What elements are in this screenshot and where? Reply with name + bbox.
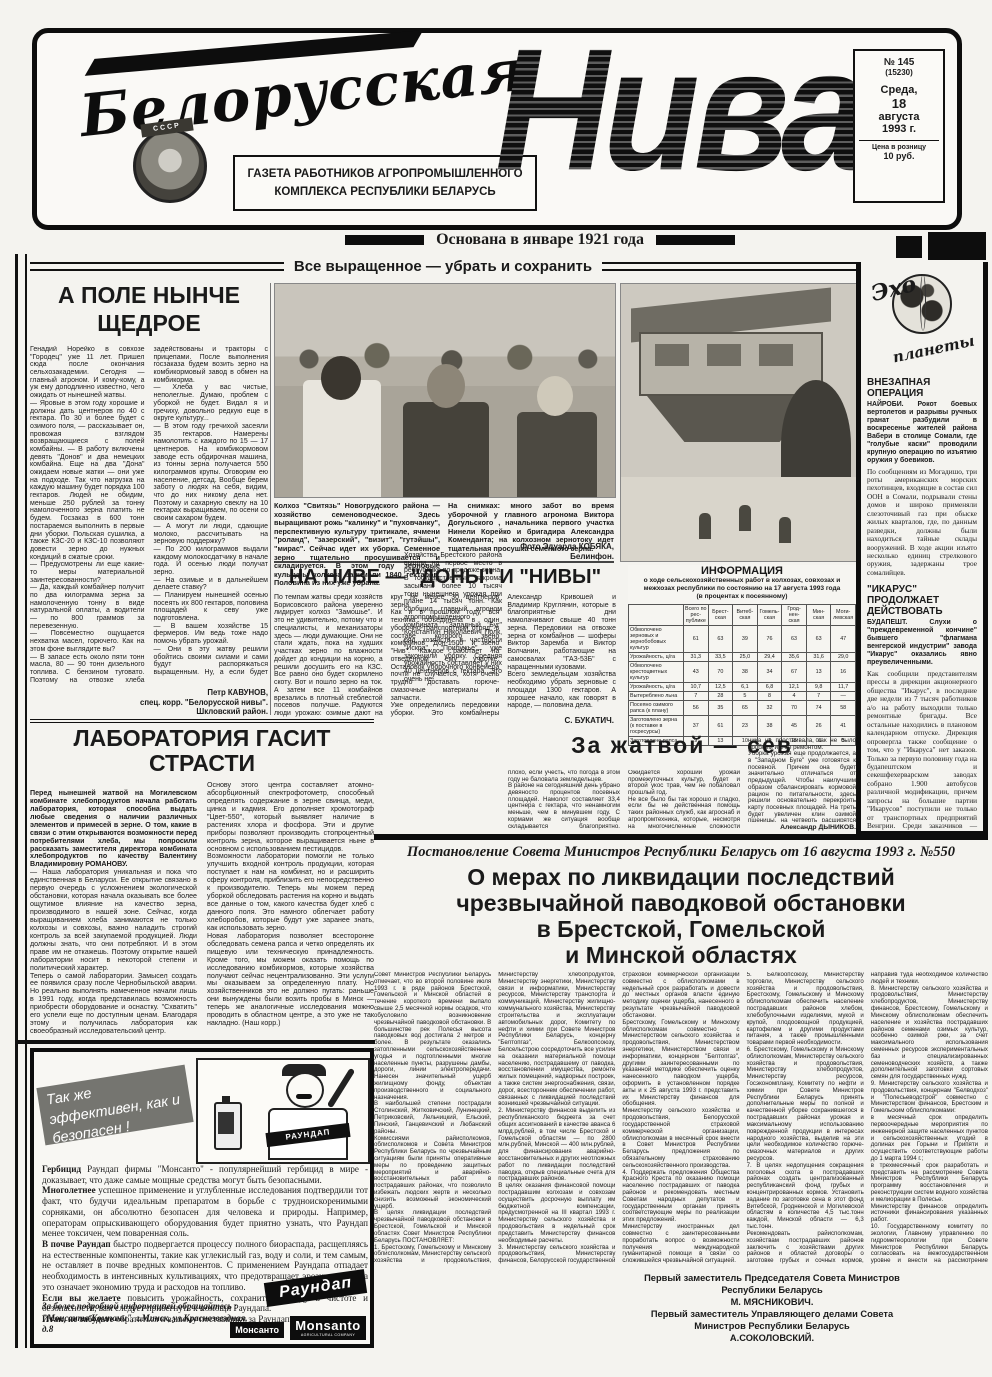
cell: 67	[782, 661, 807, 682]
decree-signature: Первый заместитель Председателя Совета М…	[556, 1272, 988, 1344]
price-value: 10 руб.	[855, 151, 943, 161]
cell: 5	[733, 691, 758, 700]
echo-article1-title: ВНЕЗАПНАЯ ОПЕРАЦИЯ	[867, 377, 977, 399]
table-row: Посеяно озимого рапса (к плану)563565327…	[629, 700, 856, 715]
photo-grain-yard	[620, 283, 858, 562]
cell: 34	[757, 661, 782, 682]
ad-section-rule	[15, 1040, 375, 1044]
founded-text: Основана в январе 1921 года	[430, 231, 650, 249]
monsanto-en-logo: Monsanto AGRICULTURAL COMPANY	[290, 1316, 366, 1340]
table-row: Урожайность, ц/га31,333,525,029,435,631,…	[629, 652, 856, 661]
article-lab-lead: Перед нынешней жатвой на Могилевском ком…	[30, 789, 197, 868]
monsanto-ru-logo: Монсанто	[230, 1322, 284, 1338]
photo-worker	[779, 517, 791, 543]
cell: 29,4	[757, 652, 782, 661]
cell: 12,5	[708, 682, 733, 691]
cell: 43	[684, 661, 709, 682]
cell: 76	[757, 625, 782, 652]
decree-kicker: Постановление Совета Министров Республик…	[374, 844, 988, 861]
echo-logo-word2: планеты	[891, 332, 976, 367]
cell: —	[831, 691, 856, 700]
cell: 65	[733, 700, 758, 715]
cell: 47	[831, 625, 856, 652]
article-niva-author: С. БУКАТИЧ.	[500, 716, 614, 725]
cell: 61	[684, 625, 709, 652]
photo-person-brigadier	[517, 412, 597, 498]
price-label: Цена в розницу	[855, 144, 943, 151]
photo-person-foreman	[403, 402, 489, 498]
article-sev-col23: плохо, если учесть, что погода в этом го…	[508, 770, 740, 836]
issue-number: № 145	[855, 57, 943, 68]
cell: 70	[782, 700, 807, 715]
cell: 25,0	[733, 652, 758, 661]
echo-article1-lead: НАЙРОБИ. Рокот боевых вертолетов и разры…	[867, 401, 977, 465]
issue-total-number: (15230)	[855, 68, 943, 77]
issue-weekday: Среда,	[855, 84, 943, 96]
cell: 10,7	[684, 682, 709, 691]
founded-bar-left	[345, 235, 424, 245]
newspaper-logo-main: Нива	[495, 11, 891, 231]
echo-planety-sidebar: Эхо планеты ВНЕЗАПНАЯ ОПЕРАЦИЯ НАЙРОБИ. …	[856, 262, 988, 838]
ad-paragraph: Гербицид Раундап фирмы "Монсанто" - попу…	[42, 1164, 368, 1185]
masthead-tagline: ГАЗЕТА РАБОТНИКОВ АГРОПРОМЫШЛЕННОГО КОМП…	[233, 155, 537, 211]
issue-day: 18	[855, 96, 943, 111]
cartoon-man-arm	[327, 1068, 355, 1108]
cell: 13	[806, 661, 831, 682]
cell: 6,8	[757, 682, 782, 691]
left-page-rule	[15, 254, 27, 1348]
info-table-grid: Всего по рес- публике Брест- ская Витеб-…	[628, 604, 856, 746]
article-lab-col2: Основу этого центра составляет атомно-аб…	[207, 782, 374, 1027]
cell: 11,7	[831, 682, 856, 691]
monsanto-ad: Так же эффективен, как и безопасен ! РАУ…	[30, 1048, 374, 1348]
article-lab-body: Перед нынешней жатвой на Могилевском ком…	[30, 782, 374, 1038]
tagline-line1: ГАЗЕТА РАБОТНИКОВ АГРОПРОМЫШЛЕННОГО	[235, 165, 535, 183]
col-header: Брест- ская	[708, 604, 733, 625]
cell: 7	[684, 691, 709, 700]
cell: 12,1	[782, 682, 807, 691]
col-header: Гомель- ская	[757, 604, 782, 625]
row-label: Посеяно озимого рапса (к плану)	[629, 700, 684, 715]
founded-bar-right	[656, 235, 735, 245]
ad-paragraph: Многолетнее успешное применение и углубл…	[42, 1185, 368, 1239]
cell: 31,3	[684, 652, 709, 661]
table-row: Вытереблено льна7285847—	[629, 691, 856, 700]
cartoon-shirt-label: РАУНДАП	[265, 1123, 350, 1147]
founded-line: Основана в январе 1921 года	[345, 231, 735, 249]
issue-year: 1993 г.	[855, 123, 943, 135]
cell: 8	[757, 691, 782, 700]
article-lab-col1: — Наша лаборатория уникальная и пока что…	[30, 868, 197, 1035]
cell: 63	[782, 625, 807, 652]
slogan-rule-right	[602, 262, 856, 271]
issue-datebox: № 145 (15230) Среда, 18 августа 1993 г. …	[853, 49, 945, 203]
row-label: Обмолочено крестоцветных культур	[629, 661, 684, 682]
table-header-row: Всего по рес- публике Брест- ская Витеб-…	[629, 604, 856, 625]
cell: 32	[757, 700, 782, 715]
issue-month: августа	[855, 111, 943, 123]
photo-window	[707, 344, 741, 366]
cartoon-man-head	[286, 1072, 324, 1108]
photo-window	[759, 344, 793, 366]
bottle-label	[218, 1112, 234, 1134]
echo-logo: Эхо планеты	[867, 274, 977, 370]
table-row: Обмолочено зерновых и зернобобовых культ…	[629, 625, 856, 652]
table-row: Обмолочено крестоцветных культур43703834…	[629, 661, 856, 682]
slogan-text: Все выращенное — убрать и сохранить	[294, 258, 592, 275]
cell: 7	[806, 691, 831, 700]
cell: 16	[831, 661, 856, 682]
masthead: Белорусская СССР ГАЗЕТА РАБОТНИКОВ АГРОП…	[32, 28, 962, 230]
cartoon-man-mustache	[296, 1094, 312, 1099]
row-label: Урожайность, ц/га	[629, 682, 684, 691]
slogan-rule-left	[30, 262, 284, 271]
cell: 29,0	[831, 652, 856, 661]
section-slogan: Все выращенное — убрать и сохранить	[30, 258, 856, 275]
row-label: Обмолочено зерновых и зернобобовых культ…	[629, 625, 684, 652]
info-table-title: ИНФОРМАЦИЯ	[628, 565, 856, 577]
ad-slogan-banner: Так же эффективен, как и безопасен !	[36, 1065, 193, 1146]
ad-p3-bold: В почве Раундап	[42, 1239, 111, 1249]
photo-person-brigadier-head	[537, 376, 573, 416]
article-field-title: А ПОЛЕ НЫНЧЕ ЩЕДРОЕ	[30, 282, 268, 337]
cell: 35,6	[782, 652, 807, 661]
article-field-body: Генадий Норейко в совхозе "Городец" уже …	[30, 346, 268, 686]
echo-article2-lead: БУДАПЕШТ. Слухи о "преждевременной кончи…	[867, 619, 977, 667]
lab-section-rule	[30, 719, 374, 723]
col-header: Мин- ская	[806, 604, 831, 625]
photo-window	[655, 344, 689, 366]
cell: 58	[831, 700, 856, 715]
corner-mark-small	[896, 236, 922, 258]
cell: 38	[733, 661, 758, 682]
harvest-info-table: ИНФОРМАЦИЯ о ходе сельскохозяйственных р…	[628, 565, 856, 746]
ussr-order-emblem-icon	[133, 129, 207, 203]
ad-cartoon: РАУНДАП	[196, 1058, 370, 1164]
cell: 56	[684, 700, 709, 715]
photo-caption-right: На снимках: много забот во время уборочн…	[448, 502, 614, 544]
decree-rule	[374, 834, 988, 840]
decree-body: Совет Министров Республики Беларусь отме…	[374, 972, 988, 1268]
table-corner-cell	[629, 604, 684, 625]
row-label: Вытереблено льна	[629, 691, 684, 700]
col-header: Моги- левская	[831, 604, 856, 625]
photo-building-wall	[639, 332, 823, 396]
cell: 74	[806, 700, 831, 715]
datebox-divider	[859, 140, 939, 141]
ad-p1-text: Раундап фирмы "Монсанто" - популярнейший…	[42, 1164, 368, 1185]
cell: 70	[708, 661, 733, 682]
cell: 35	[708, 700, 733, 715]
ad-p2-bold: Многолетнее	[42, 1185, 96, 1195]
column-rule	[270, 283, 271, 715]
cell: 33,5	[708, 652, 733, 661]
echo-article1-body: По сообщениям из Могадишо, три роты амер…	[867, 468, 977, 578]
echo-article2-title: "ИКАРУС" ПРОДОЛЖАЕТ ДЕЙСТВОВАТЬ	[867, 584, 977, 617]
cell: 9,8	[806, 682, 831, 691]
row-label: Урожайность, ц/га	[629, 652, 684, 661]
newspaper-page: Белорусская СССР ГАЗЕТА РАБОТНИКОВ АГРОП…	[0, 0, 992, 1377]
article-lab-title: ЛАБОРАТОРИЯ ГАСИТ СТРАСТИ	[30, 726, 374, 777]
cell: 28	[708, 691, 733, 700]
bottle-cap	[222, 1096, 230, 1104]
cell: 4	[782, 691, 807, 700]
corner-mark-large	[928, 232, 986, 260]
photo-worker	[739, 505, 751, 531]
photo-worker	[699, 513, 711, 539]
photo-person-foreman-head	[427, 364, 465, 408]
cell: 39	[733, 625, 758, 652]
cell: 6,1	[733, 682, 758, 691]
photo-person-agronomist-head	[321, 356, 361, 400]
info-table-subtitle: о ходе сельскохозяйственных работ в колх…	[628, 577, 856, 602]
cell: 31,6	[806, 652, 831, 661]
table-row: Урожайность, ц/га10,712,56,16,812,19,811…	[629, 682, 856, 691]
cell: 63	[806, 625, 831, 652]
monsanto-en-sub: AGRICULTURAL COMPANY	[290, 1333, 366, 1337]
article-sev-author: Александр ДЫНИКОВ.	[748, 824, 856, 831]
ad-contact: За более подробной информацией обращайте…	[42, 1301, 258, 1336]
cell: 63	[708, 625, 733, 652]
article-sev-col4: ника не простаивала, как не было проблем…	[748, 738, 856, 822]
col-header: Всего по рес- публике	[684, 604, 709, 625]
article-sev-col1: Хозяйства Брестского района вышли на пер…	[404, 552, 502, 834]
decree-title: О мерах по ликвидации последствий чрезвы…	[374, 864, 988, 968]
herbicide-bottle-icon	[214, 1102, 242, 1150]
col-header: Грод- нен- ская	[782, 604, 807, 625]
article-field-byline: Петр КАВУНОВ, спец. корр. "Белорусской н…	[120, 688, 268, 717]
col-header: Витеб- ская	[733, 604, 758, 625]
tagline-line2: КОМПЛЕКСА РЕСПУБЛИКИ БЕЛАРУСЬ	[235, 183, 535, 201]
photo-agronomists	[274, 283, 616, 498]
monsanto-en-wordmark: Monsanto	[290, 1318, 366, 1333]
ad-p1-bold: Гербицид	[42, 1164, 81, 1174]
echo-article2-body: Как сообщили представителям прессы в дир…	[867, 670, 977, 838]
cartoon-man-torso: РАУНДАП	[268, 1108, 348, 1160]
